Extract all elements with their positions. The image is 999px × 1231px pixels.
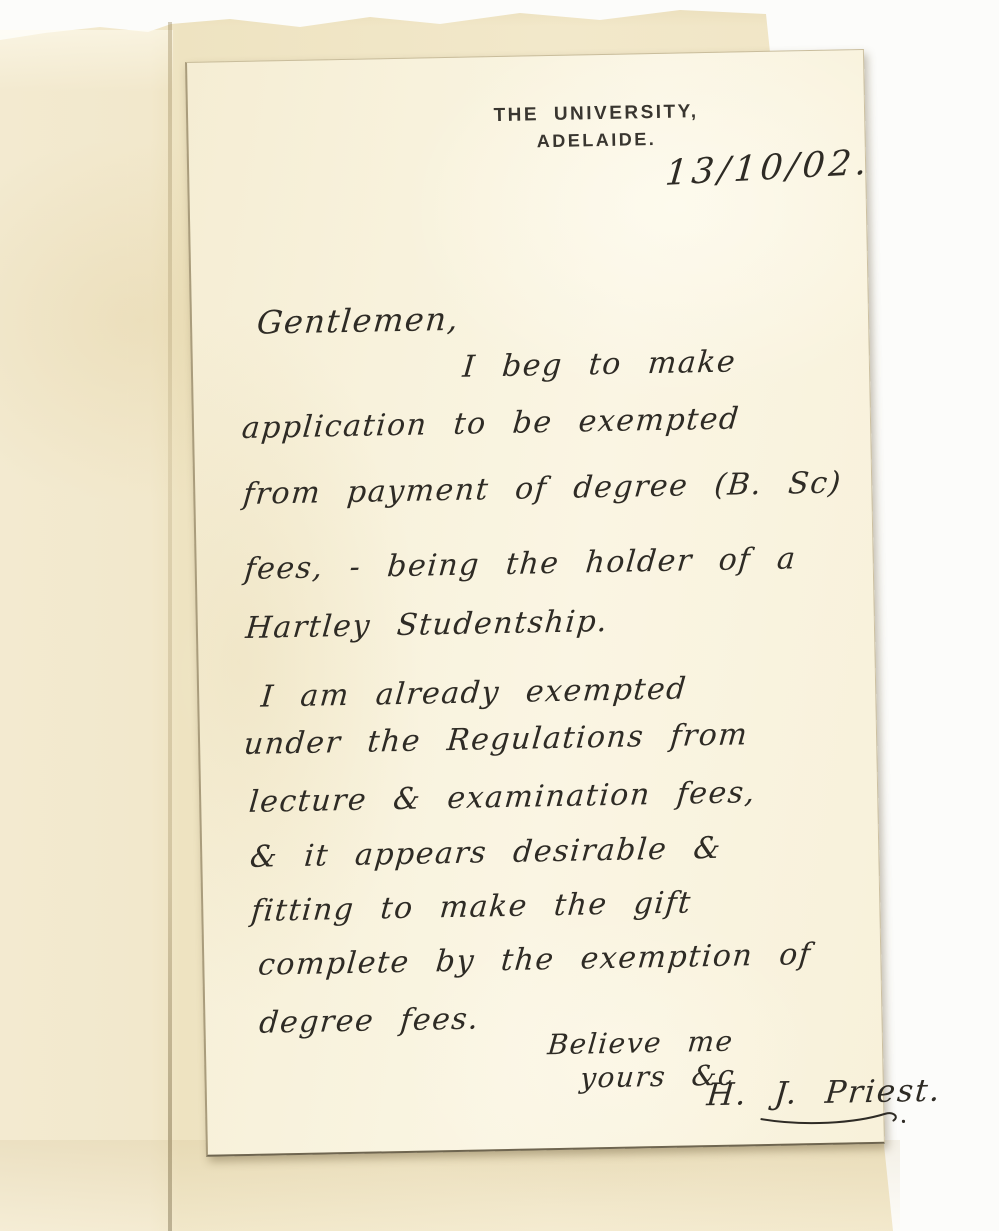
handwritten-line: application to be exempted <box>240 401 741 446</box>
handwritten-line: I am already exempted <box>260 671 689 714</box>
handwritten-line: Hartley Studentship. <box>244 604 610 646</box>
letterhead: THE UNIVERSITY, ADELAIDE. <box>446 100 747 154</box>
date-handwritten: 13/10/02. <box>664 143 872 194</box>
signature: H. J. Priest. <box>705 1073 943 1114</box>
scanned-letter-scene: THE UNIVERSITY, ADELAIDE. 13/10/02. Gent… <box>0 0 999 1231</box>
handwritten-line: fitting to make the gift <box>250 885 693 929</box>
letterhead-city: ADELAIDE. <box>446 127 746 154</box>
salutation: Gentlemen, <box>255 300 460 342</box>
handwritten-line: complete by the exemption of <box>257 937 813 983</box>
handwritten-line: fees, - being the holder of a <box>243 541 798 587</box>
letterhead-institution: THE UNIVERSITY, <box>446 100 746 128</box>
backing-top-crease-highlight <box>0 30 173 92</box>
handwritten-line: & it appears desirable & <box>249 831 724 875</box>
signature-underline-flourish <box>759 1109 909 1130</box>
backing-bottom-shading <box>0 1140 900 1231</box>
handwritten-line: under the Regulations from <box>242 717 749 762</box>
closing-line: Believe me <box>546 1025 735 1062</box>
handwritten-line: lecture & examination fees, <box>248 775 758 820</box>
handwritten-line: I beg to make <box>461 344 737 384</box>
vertical-fold-crease <box>168 22 172 1231</box>
handwritten-line: degree fees. <box>258 1001 481 1040</box>
letter-page: THE UNIVERSITY, ADELAIDE. 13/10/02. Gent… <box>185 49 885 1157</box>
handwritten-line: from payment of degree (B. Sc) <box>242 465 844 512</box>
